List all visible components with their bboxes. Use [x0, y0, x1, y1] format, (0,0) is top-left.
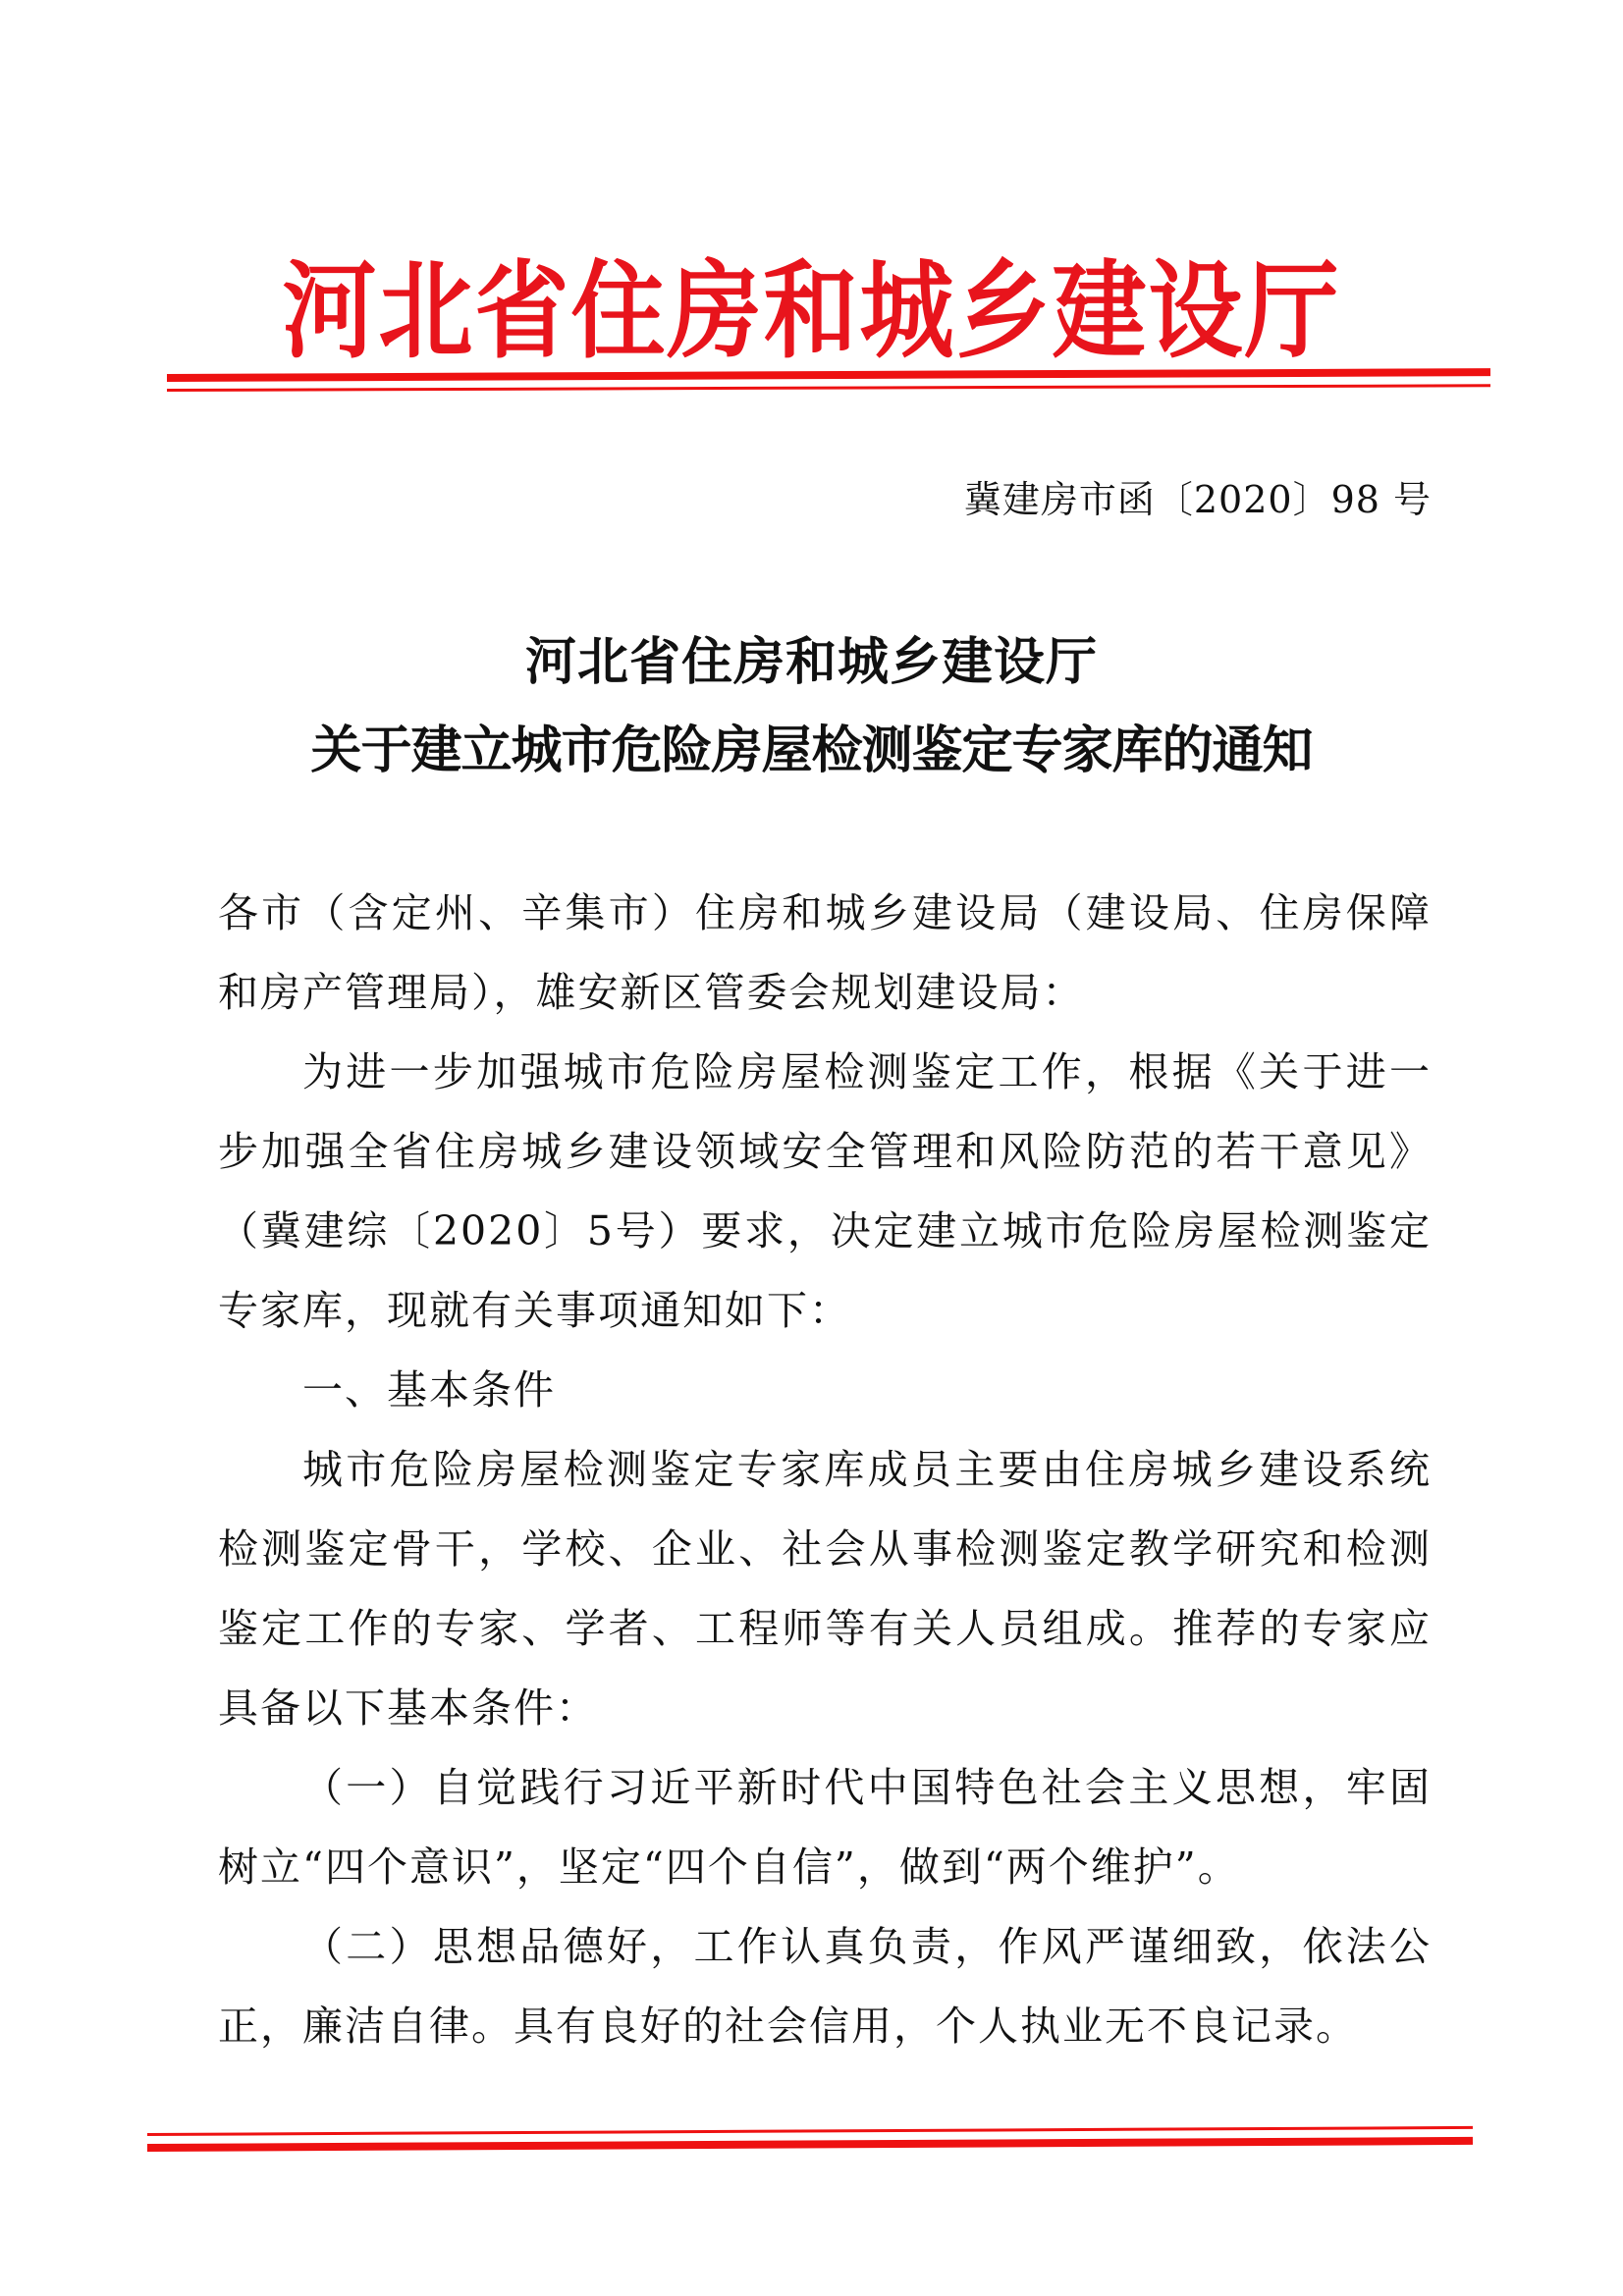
masthead-rule-thin [167, 384, 1490, 392]
list-item: （二）思想品德好，工作认真负责，作风严谨细致，依法公正，廉洁自律。具有良好的社会… [218, 1907, 1432, 2066]
document-title-line1: 河北省住房和城乡建设厅 [0, 620, 1623, 694]
footer-rule-thick [147, 2137, 1473, 2152]
section-paragraph: 城市危险房屋检测鉴定专家库成员主要由住房城乡建设系统检测鉴定骨干，学校、企业、社… [218, 1430, 1432, 1748]
masthead-org-name: 河北省住房和城乡建设厅 [0, 228, 1623, 378]
document-title-line2: 关于建立城市危险房屋检测鉴定专家库的通知 [0, 709, 1623, 782]
document-number: 冀建房市函〔2020〕98 号 [964, 469, 1432, 523]
section-heading: 一、基本条件 [218, 1351, 1432, 1430]
list-item: （一）自觉践行习近平新时代中国特色社会主义思想，牢固树立“四个意识”，坚定“四个… [218, 1748, 1432, 1907]
document-body: 各市（含定州、辛集市）住房和城乡建设局（建设局、住房保障和房产管理局），雄安新区… [218, 874, 1432, 2066]
footer-rule-thin [147, 2126, 1473, 2136]
addressee-paragraph: 各市（含定州、辛集市）住房和城乡建设局（建设局、住房保障和房产管理局），雄安新区… [218, 874, 1432, 1033]
intro-paragraph: 为进一步加强城市危险房屋检测鉴定工作，根据《关于进一步加强全省住房城乡建设领域安… [218, 1033, 1432, 1351]
